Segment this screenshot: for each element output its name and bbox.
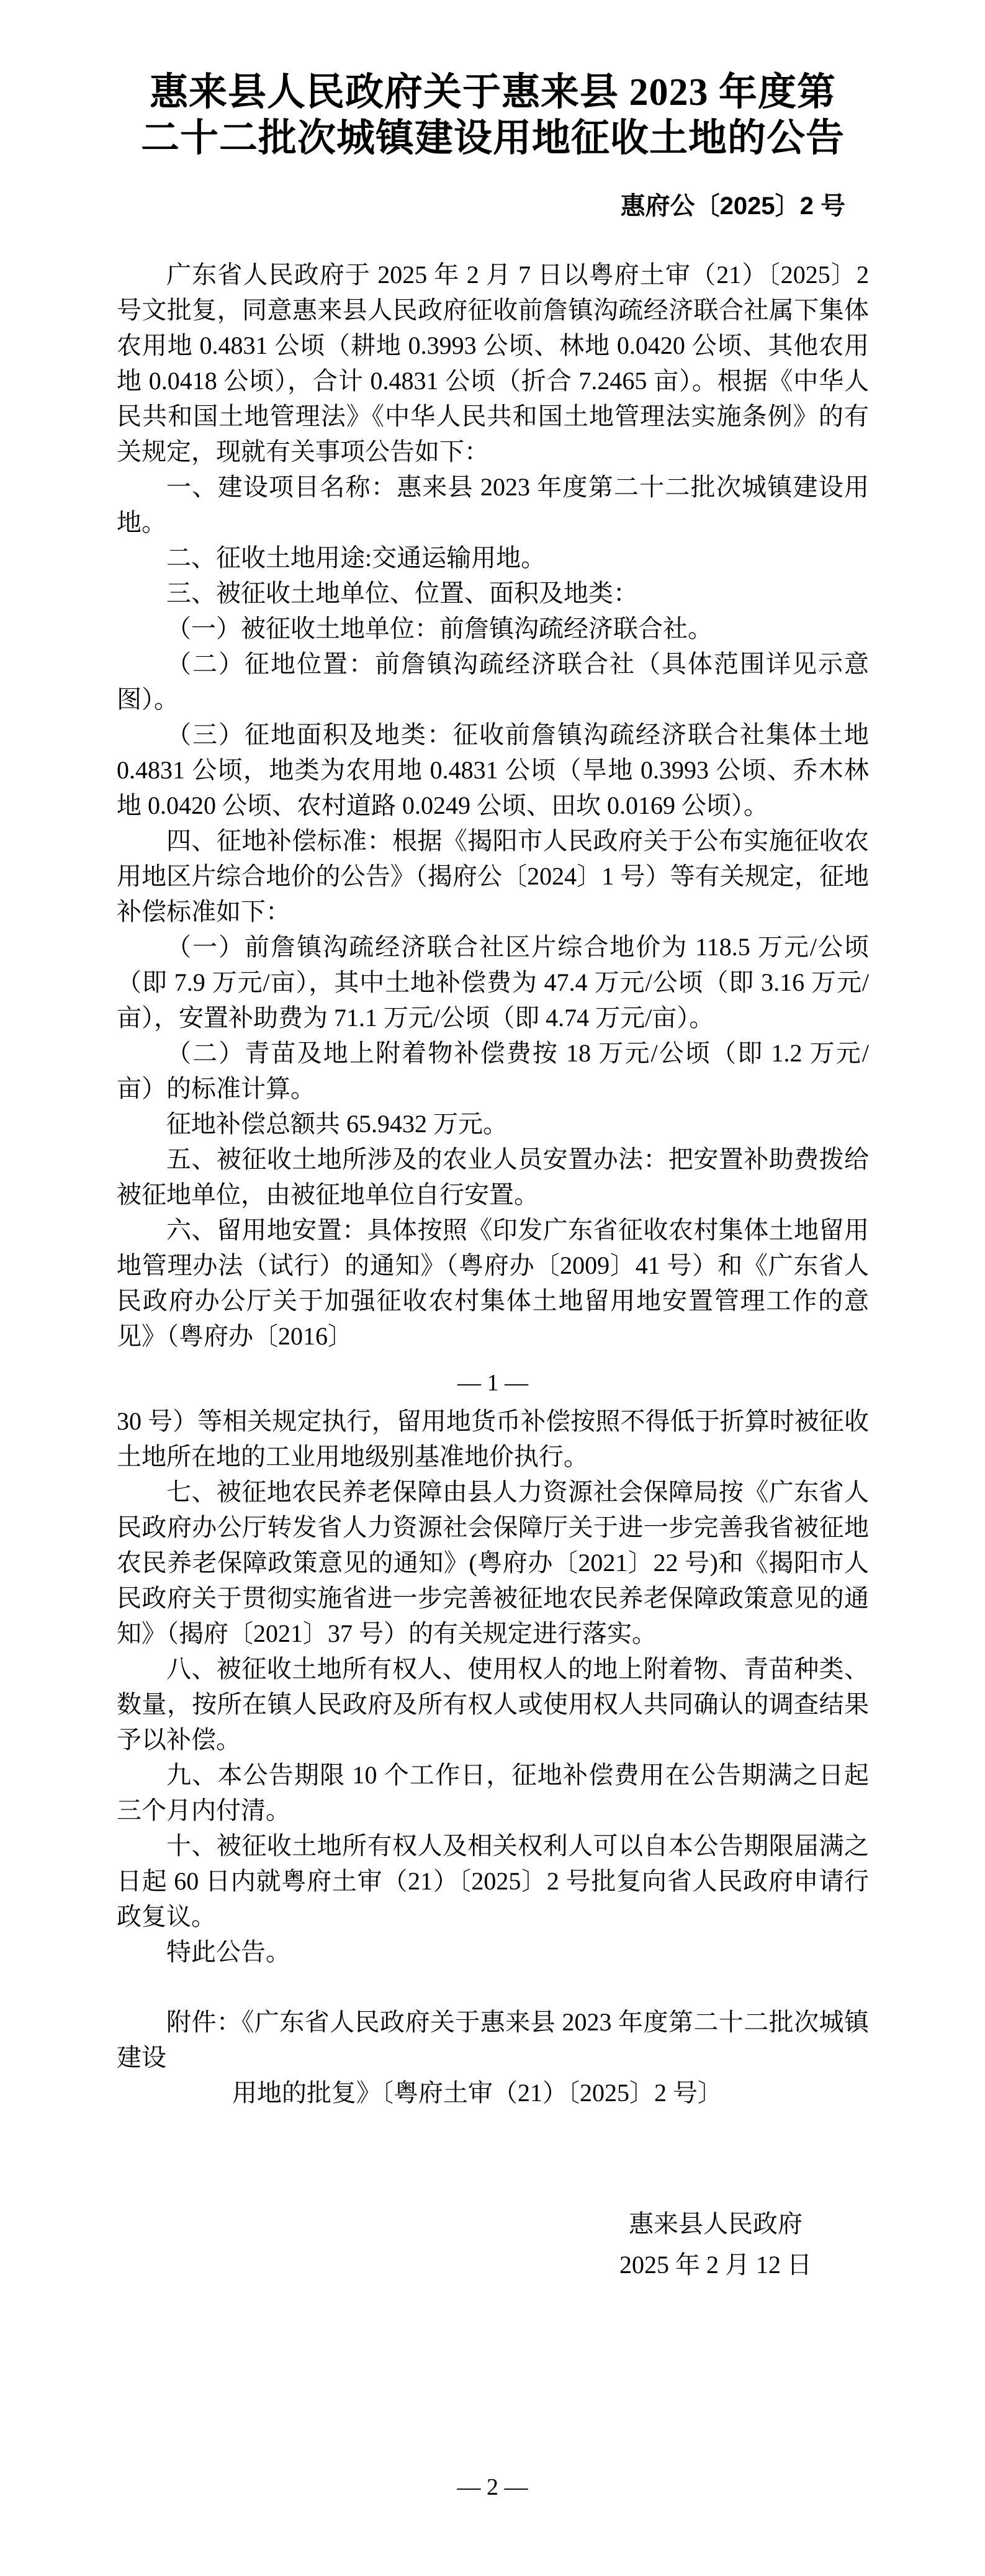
para-item-3-3-area: （三）征地面积及地类：征收前詹镇沟疏经济联合社集体土地 0.4831 公顷，地类… [117, 717, 869, 823]
para-item-6-reserved-land-part1: 六、留用地安置：具体按照《印发广东省征收农村集体土地留用地管理办法（试行）的通知… [117, 1212, 869, 1354]
para-item-4-1-land-price: （一）前詹镇沟疏经济联合社区片综合地价为 118.5 万元/公顷（即 7.9 万… [117, 929, 869, 1035]
attachment-line-1: 附件：《广东省人民政府关于惠来县 2023 年度第二十二批次城镇建设 [117, 2004, 869, 2075]
para-item-9-announcement-period: 九、本公告期限 10 个工作日，征地补偿费用在公告期满之日起三个月内付清。 [117, 1757, 869, 1828]
document-body: 广东省人民政府于 2025 年 2 月 7 日以粤府土审（21）〔2025〕2 … [117, 257, 869, 2286]
issue-date: 2025 年 2 月 12 日 [619, 2245, 812, 2286]
para-item-3-heading: 三、被征收土地单位、位置、面积及地类： [117, 575, 869, 611]
page-1-number: — 1 — [117, 1371, 869, 1395]
issuer-signature: 惠来县人民政府 [619, 2204, 812, 2245]
document-title-line-1: 惠来县人民政府关于惠来县 2023 年度第 [117, 70, 869, 115]
para-item-4-compensation-standard: 四、征地补偿标准：根据《揭阳市人民政府关于公布实施征收农用地区片综合地价的公告》… [117, 823, 869, 929]
para-item-5-resettlement: 五、被征收土地所涉及的农业人员安置办法：把安置补助费拨给被征地单位，由被征地单位… [117, 1142, 869, 1212]
signature-block: 惠来县人民政府 2025 年 2 月 12 日 [117, 2204, 869, 2286]
para-item-7-pension: 七、被征地农民养老保障由县人力资源社会保障局按《广东省人民政府办公厅转发省人力资… [117, 1474, 869, 1651]
page-2-number: — 2 — [0, 2475, 985, 2499]
para-item-1-project-name: 一、建设项目名称：惠来县 2023 年度第二十二批次城镇建设用地。 [117, 469, 869, 540]
document-content: 惠来县人民政府关于惠来县 2023 年度第 二十二批次城镇建设用地征收土地的公告… [117, 0, 869, 2286]
para-item-3-2-location: （二）征地位置：前詹镇沟疏经济联合社（具体范围详见示意图）。 [117, 646, 869, 717]
para-closing: 特此公告。 [117, 1934, 869, 1970]
document-title: 惠来县人民政府关于惠来县 2023 年度第 二十二批次城镇建设用地征收土地的公告 [117, 70, 869, 161]
attachment-line-2: 用地的批复》〔粤府土审（21）〔2025〕2 号〕 [232, 2075, 869, 2110]
para-item-3-1-unit: （一）被征收土地单位：前詹镇沟疏经济联合社。 [117, 611, 869, 646]
document-title-line-2: 二十二批次城镇建设用地征收土地的公告 [117, 115, 869, 161]
para-compensation-total: 征地补偿总额共 65.9432 万元。 [117, 1106, 869, 1142]
para-item-4-2-crops: （二）青苗及地上附着物补偿费按 18 万元/公顷（即 1.2 万元/亩）的标准计… [117, 1035, 869, 1106]
document-number: 惠府公〔2025〕2 号 [117, 192, 869, 220]
announcement-document: 惠来县人民政府关于惠来县 2023 年度第 二十二批次城镇建设用地征收土地的公告… [0, 0, 985, 2576]
para-item-10-review: 十、被征收土地所有权人及相关权利人可以自本公告期限届满之日起 60 日内就粤府土… [117, 1828, 869, 1934]
signature-inner: 惠来县人民政府 2025 年 2 月 12 日 [619, 2204, 812, 2286]
para-item-8-attachments-survey: 八、被征收土地所有权人、使用权人的地上附着物、青苗种类、数量，按所在镇人民政府及… [117, 1651, 869, 1757]
attachment-block: 附件：《广东省人民政府关于惠来县 2023 年度第二十二批次城镇建设 用地的批复… [117, 2004, 869, 2110]
para-item-6-reserved-land-part2: 30 号）等相关规定执行，留用地货币补偿按照不得低于折算时被征收土地所在地的工业… [117, 1403, 869, 1474]
para-item-2-land-use: 二、征收土地用途:交通运输用地。 [117, 540, 869, 575]
para-intro: 广东省人民政府于 2025 年 2 月 7 日以粤府土审（21）〔2025〕2 … [117, 257, 869, 469]
